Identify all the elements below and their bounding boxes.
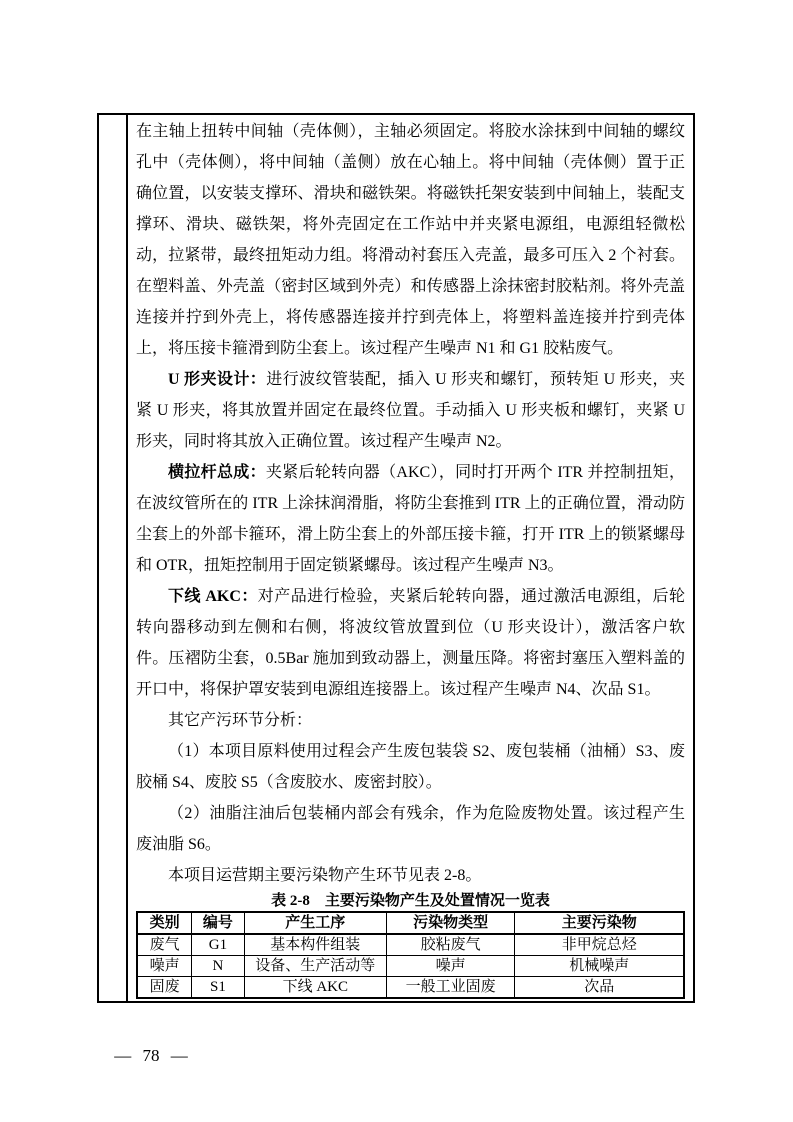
page-number: — 78 — [99,1044,203,1068]
pollutant-summary-table: 类别 编号 产生工序 污染物类型 主要污染物 废气 G1 基本构件组装 胶粘废气… [136,911,685,999]
section-heading-offline-akc: 下线 AKC： [168,588,258,605]
paragraph-offline-akc: 下线 AKC：对产品进行检验，夹紧后轮转向器，通过激活电源组，后轮转向器移动到左… [136,581,685,705]
table-cell: 胶粘废气 [386,934,515,956]
paragraph-table-reference: 本项目运营期主要污染物产生环节见表 2-8。 [136,860,685,891]
table-cell: S1 [192,977,245,999]
table-row-noise: 噪声 N 设备、生产活动等 噪声 机械噪声 [137,956,684,977]
table-cell: 次品 [515,977,684,999]
header-process: 产生工序 [244,912,386,934]
table-cell: N [192,956,245,977]
section-heading-tie-rod: 横拉杆总成： [168,464,266,481]
table-cell: 设备、生产活动等 [244,956,386,977]
table-cell: G1 [192,934,245,956]
content-cell: 在主轴上扭转中间轴（壳体侧），主轴必须固定。将胶水涂抹到中间轴的螺纹孔中（壳体侧… [128,115,693,1001]
paragraph-tie-rod-assembly: 横拉杆总成：夹紧后轮转向器（AKC），同时打开两个 ITR 并控制扭矩，在波纹管… [136,457,685,581]
paragraph-u-clip-design: U 形夹设计：进行波纹管装配，插入 U 形夹和螺钉，预转矩 U 形夹，夹紧 U … [136,364,685,457]
paragraph-assembly-continued: 在主轴上扭转中间轴（壳体侧），主轴必须固定。将胶水涂抹到中间轴的螺纹孔中（壳体侧… [136,116,685,364]
table-cell: 噪声 [386,956,515,977]
table-cell: 非甲烷总烃 [515,934,684,956]
paragraph-item-2: （2）油脂注油后包装桶内部会有残余，作为危险废物处置。该过程产生废油脂 S6。 [136,798,685,860]
table-caption: 表 2-8 主要污染物产生及处置情况一览表 [136,891,685,911]
table-cell: 基本构件组装 [244,934,386,956]
table-cell: 下线 AKC [244,977,386,999]
table-cell: 废气 [137,934,192,956]
table-cell: 噪声 [137,956,192,977]
document-page: 在主轴上扭转中间轴（壳体侧），主轴必须固定。将胶水涂抹到中间轴的螺纹孔中（壳体侧… [0,0,793,1122]
empty-side-column [99,115,128,1001]
table-cell: 固废 [137,977,192,999]
header-pollutant-type: 污染物类型 [386,912,515,934]
header-category: 类别 [137,912,192,934]
table-cell: 机械噪声 [515,956,684,977]
header-code: 编号 [192,912,245,934]
paragraph-other-analysis: 其它产污环节分析： [136,705,685,736]
table-row-waste-gas: 废气 G1 基本构件组装 胶粘废气 非甲烷总烃 [137,934,684,956]
document-frame: 在主轴上扭转中间轴（壳体侧），主轴必须固定。将胶水涂抹到中间轴的螺纹孔中（壳体侧… [97,113,695,1003]
header-main-pollutant: 主要污染物 [515,912,684,934]
paragraph-item-1: （1）本项目原料使用过程会产生废包装袋 S2、废包装桶（油桶）S3、废胶桶 S4… [136,736,685,798]
section-heading-u-clip: U 形夹设计： [168,371,266,388]
table-row-solid-waste: 固废 S1 下线 AKC 一般工业固废 次品 [137,977,684,999]
table-header-row: 类别 编号 产生工序 污染物类型 主要污染物 [137,912,684,934]
table-cell: 一般工业固废 [386,977,515,999]
